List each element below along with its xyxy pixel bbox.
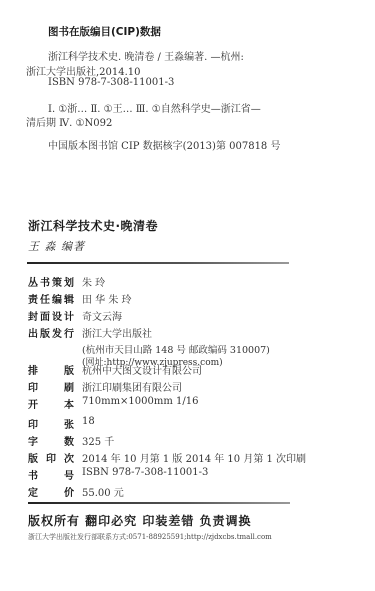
detail-label: 定价 <box>28 484 82 499</box>
detail-label: 丛书策划 <box>28 274 82 289</box>
detail-value: 田 华 朱 玲 <box>82 291 132 306</box>
contact-info: 浙江大学出版社发行部联系方式:0571-88925591;http://zjdx… <box>28 532 272 542</box>
cip-heading: 图书在版编目(CIP)数据 <box>48 24 161 39</box>
detail-row: 书号ISBN 978-7-308-11001-3 <box>28 467 208 482</box>
detail-value: 浙江印刷集团有限公司 <box>82 379 182 394</box>
detail-value: ISBN 978-7-308-11001-3 <box>82 467 208 482</box>
detail-row: 封面设计奇文云海 <box>28 308 122 323</box>
divider-bottom <box>28 502 290 504</box>
detail-value: 710mm×1000mm 1/16 <box>82 396 198 411</box>
detail-label: 出版发行 <box>28 325 82 340</box>
detail-label: 开本 <box>28 396 82 411</box>
detail-label: 印刷 <box>28 379 82 394</box>
cip-line-publisher: 浙江大学出版社,2014.10 <box>26 63 141 78</box>
detail-value: 奇文云海 <box>82 308 122 323</box>
detail-value: 325 千 <box>82 433 114 448</box>
cip-line-verification: 中国版本图书馆 CIP 数据核字(2013)第 007818 号 <box>48 137 280 152</box>
detail-row: 开本710mm×1000mm 1/16 <box>28 396 198 411</box>
cip-line-classification-cont: 清后期 Ⅳ. ①N092 <box>26 114 112 129</box>
detail-value: 2014 年 10 月第 1 版 2014 年 10 月第 1 次印刷 <box>82 450 306 465</box>
detail-row: 印刷浙江印刷集团有限公司 <box>28 379 182 394</box>
detail-label: 封面设计 <box>28 308 82 323</box>
detail-label: 字数 <box>28 433 82 448</box>
publisher-address: (杭州市天目山路 148 号 邮政编码 310007) <box>82 342 270 356</box>
detail-label: 排版 <box>28 362 82 377</box>
detail-row: 丛书策划朱 玲 <box>28 274 105 289</box>
detail-label: 印张 <box>28 416 82 431</box>
detail-value: 18 <box>82 416 95 431</box>
detail-row: 印张18 <box>28 416 95 431</box>
detail-label: 责任编辑 <box>28 291 82 306</box>
cip-line-title: 浙江科学技术史. 晚清卷 / 王淼编著. —杭州: <box>48 48 244 63</box>
book-author: 王 淼 编著 <box>28 238 85 254</box>
publisher-website: (网址:http://www.zjupress.com) <box>82 355 223 368</box>
detail-row: 责任编辑田 华 朱 玲 <box>28 291 132 306</box>
book-title: 浙江科学技术史·晚清卷 <box>28 217 158 234</box>
cip-line-classification: Ⅰ. ①浙… Ⅱ. ①王… Ⅲ. ①自然科学史—浙江省— <box>48 100 261 115</box>
copyright-notice: 版权所有 翻印必究 印装差错 负责调换 <box>28 512 252 529</box>
detail-label: 版印次 <box>28 450 82 465</box>
divider-top <box>27 262 289 264</box>
detail-value: 朱 玲 <box>82 274 105 289</box>
detail-row: 字数325 千 <box>28 433 114 448</box>
detail-value: 浙江大学出版社 <box>82 325 152 340</box>
detail-label: 书号 <box>28 467 82 482</box>
detail-row: 出版发行浙江大学出版社 <box>28 325 152 340</box>
detail-value: 55.00 元 <box>82 484 124 499</box>
detail-row: 版印次2014 年 10 月第 1 版 2014 年 10 月第 1 次印刷 <box>28 450 306 465</box>
cip-line-isbn: ISBN 978-7-308-11001-3 <box>48 77 174 88</box>
detail-row: 定价55.00 元 <box>28 484 124 499</box>
